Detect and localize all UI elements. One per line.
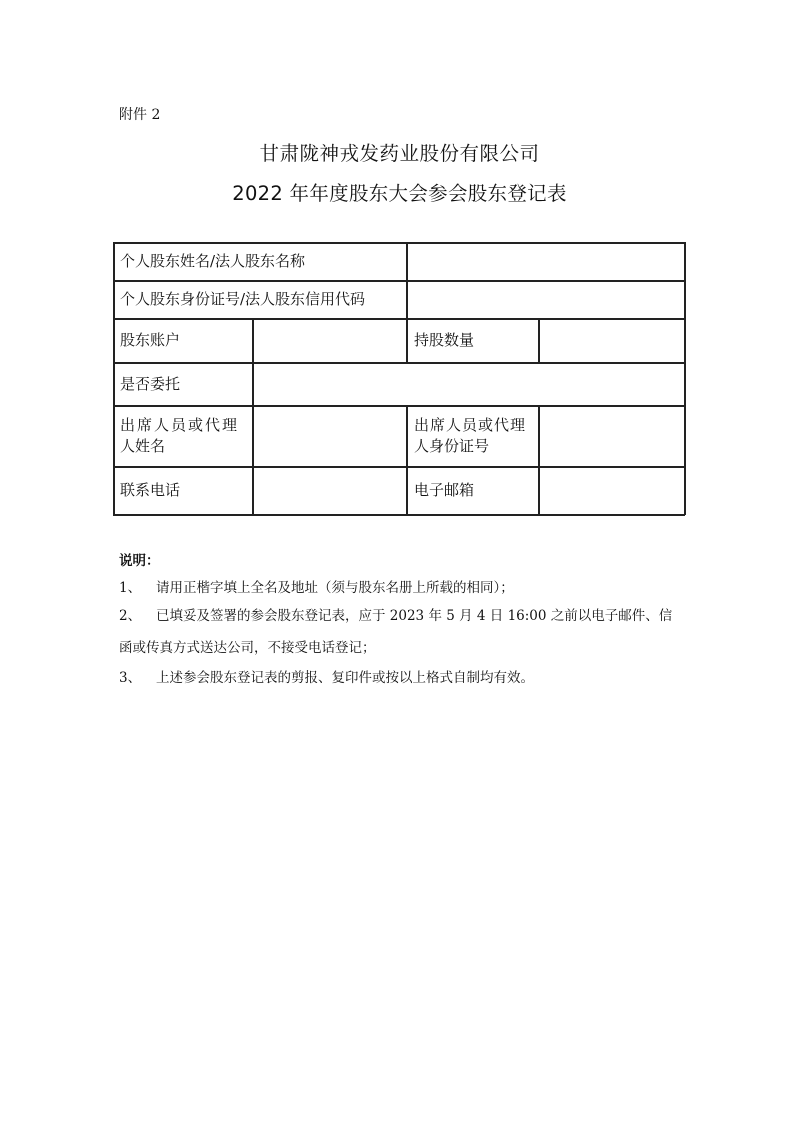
note-text: 上述参会股东登记表的剪报、复印件或按以上格式自制均有效。 xyxy=(156,670,534,686)
notes-header: 说明： xyxy=(119,549,699,569)
input-attendee-id[interactable] xyxy=(541,407,683,465)
input-attendee-name[interactable] xyxy=(255,407,405,465)
input-shareholder-account[interactable] xyxy=(255,320,405,361)
note-item-1: 1、请用正楷字填上全名及地址（须与股东名册上所载的相同）； xyxy=(119,576,514,596)
label-shareholder-account: 股东账户 xyxy=(120,329,180,351)
label-entrusted: 是否委托 xyxy=(120,373,180,395)
notes-section: 说明： 1、请用正楷字填上全名及地址（须与股东名册上所载的相同）； 2、已填妥及… xyxy=(119,549,699,578)
label-email: 电子邮箱 xyxy=(414,479,474,501)
note-item-3: 3、上述参会股东登记表的剪报、复印件或按以上格式自制均有效。 xyxy=(119,666,534,686)
registration-table: 个人股东姓名/法人股东名称 个人股东身份证号/法人股东信用代码 股东账户 持股数… xyxy=(113,242,685,515)
note-number: 3、 xyxy=(119,666,156,686)
input-shares-held[interactable] xyxy=(541,320,683,361)
label-shares-held: 持股数量 xyxy=(414,329,474,351)
note-text: 已填妥及签署的参会股东登记表，应于 2023 年 5 月 4 日 16:00 之… xyxy=(156,608,672,624)
label-attendee-id-l1: 出席人员或代理 xyxy=(414,414,526,436)
input-entrusted[interactable] xyxy=(255,364,683,404)
input-id-number[interactable] xyxy=(409,282,683,317)
note-number: 2、 xyxy=(119,604,156,624)
attachment-label: 附件 2 xyxy=(119,104,160,124)
form-title: 2022 年年度股东大会参会股东登记表 xyxy=(0,178,793,206)
label-phone: 联系电话 xyxy=(120,479,180,501)
label-attendee-name-l1: 出席人员或代理 xyxy=(120,414,239,436)
label-attendee-name-l2: 人姓名 xyxy=(120,435,165,457)
input-email[interactable] xyxy=(541,468,683,513)
label-id-number: 个人股东身份证号/法人股东信用代码 xyxy=(120,288,365,310)
note-text: 请用正楷字填上全名及地址（须与股东名册上所载的相同）； xyxy=(156,580,514,596)
label-shareholder-name: 个人股东姓名/法人股东名称 xyxy=(120,250,305,272)
note-item-2-cont: 函或传真方式送达公司，不接受电话登记； xyxy=(119,636,376,656)
company-title: 甘肃陇神戎发药业股份有限公司 xyxy=(0,138,793,166)
input-phone[interactable] xyxy=(255,468,405,513)
note-number: 1、 xyxy=(119,576,156,596)
note-item-2: 2、已填妥及签署的参会股东登记表，应于 2023 年 5 月 4 日 16:00… xyxy=(119,604,672,624)
input-shareholder-name[interactable] xyxy=(409,244,683,279)
label-attendee-id-l2: 人身份证号 xyxy=(414,435,489,457)
